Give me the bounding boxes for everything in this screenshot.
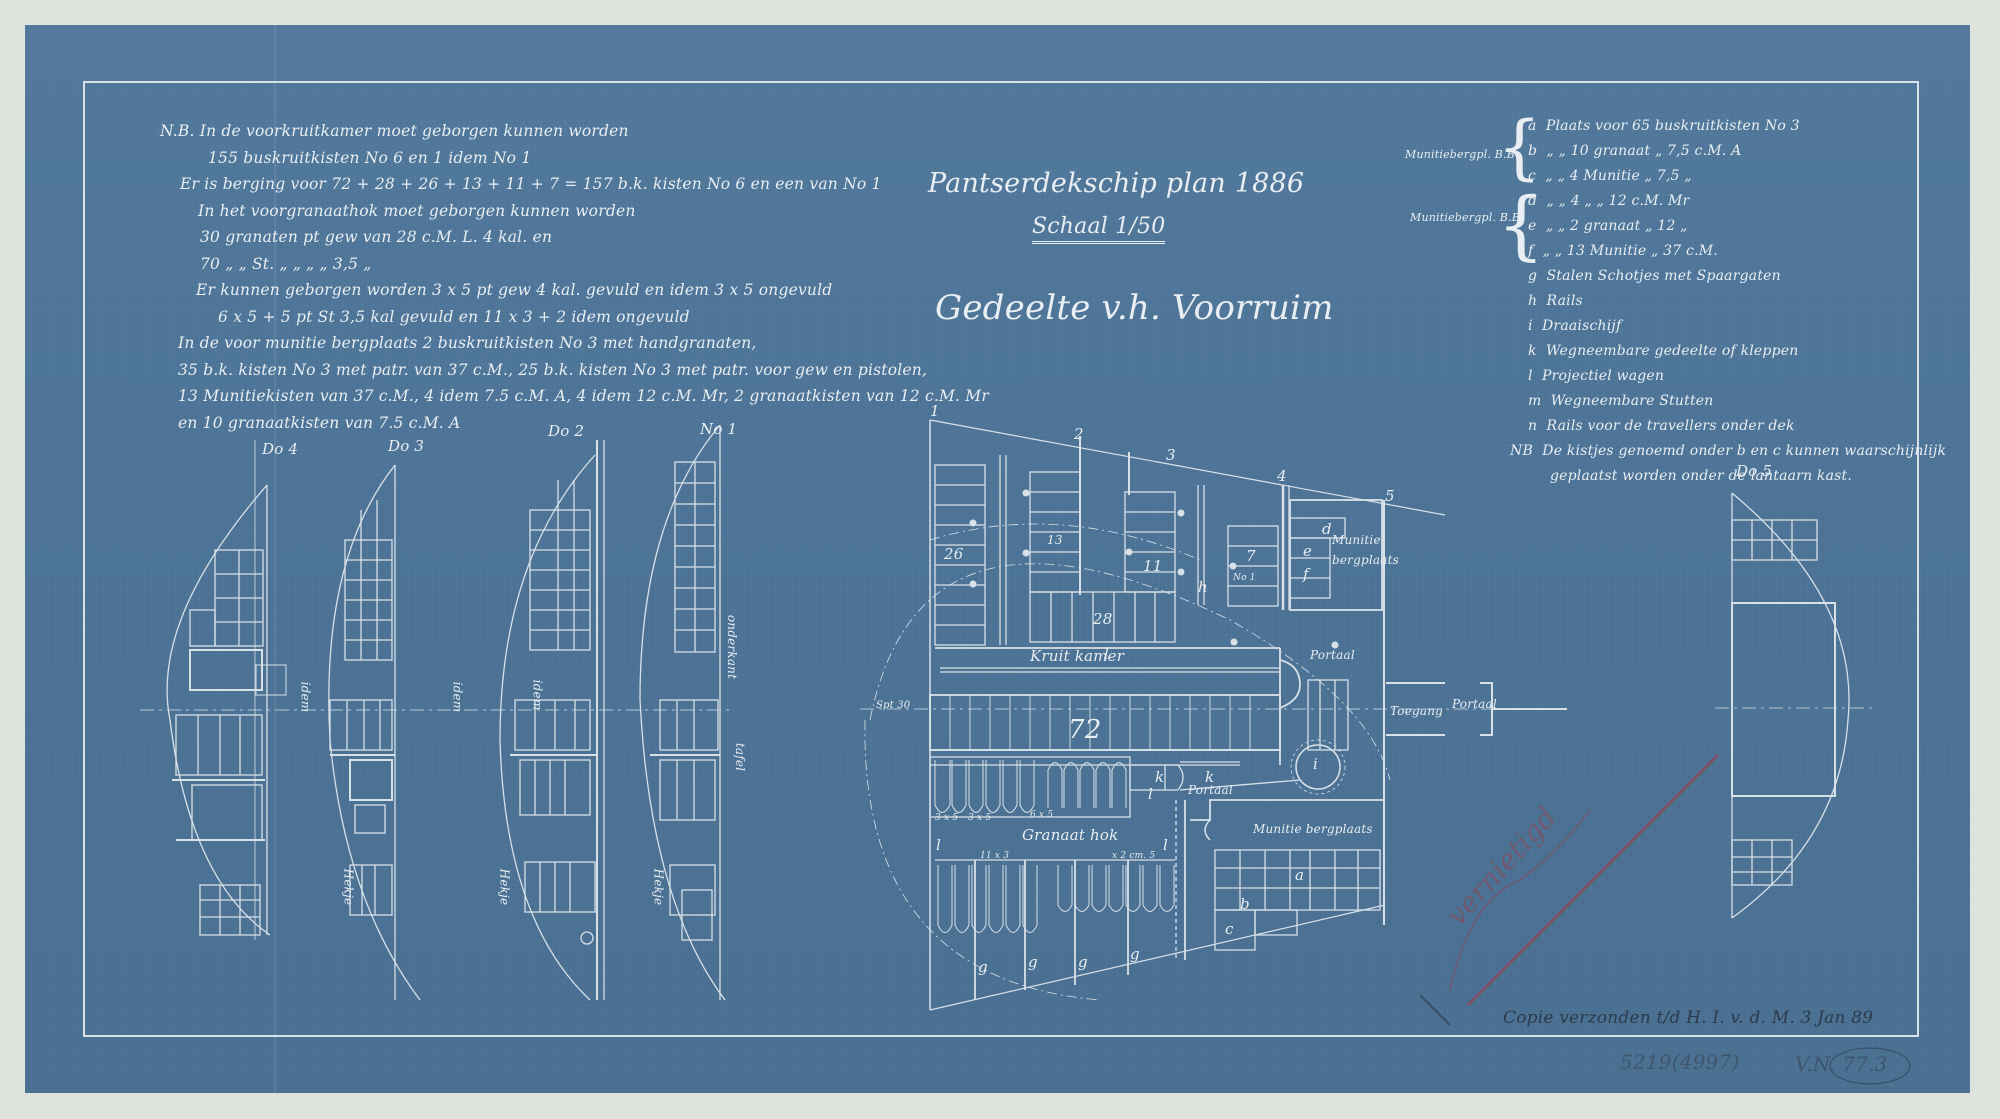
note-line: 6 x 5 + 5 pt St 3,5 kal gevuld en 11 x 3… [160, 304, 989, 331]
note-line: 155 buskruitkisten No 6 en 1 idem No 1 [160, 145, 989, 172]
section-label-do2: Do 2 [548, 422, 584, 440]
legend-item: k Wegneembare gedeelte of kleppen [1528, 339, 1946, 364]
section-note-onderkant: onderkant [725, 615, 739, 679]
archive-reference: V.N. 77.3 [1795, 1052, 1888, 1076]
munitie-bergplaats-top-label: Munitie bergplaats [1332, 530, 1378, 570]
key-label: l [1104, 645, 1109, 663]
section-do3 [329, 465, 420, 1000]
toegang-label: Toegang [1390, 704, 1443, 718]
key-label: g [1078, 953, 1088, 971]
granaathok-label: Granaat hok [1022, 826, 1118, 844]
section-note-hekje: Hekje [497, 869, 511, 906]
legend-item: a Plaats voor 65 buskruitkisten No 3 [1528, 114, 1946, 139]
stack-72-label: 72 [1068, 715, 1101, 745]
section-note-hekje: Hekje [651, 869, 665, 906]
key-label: d [1322, 520, 1332, 538]
section-note-idem: idem [450, 682, 464, 713]
note-line: Er kunnen geborgen worden 3 x 5 pt gew 4… [160, 277, 989, 304]
note-line: 70 „ „ St. „ „ „ „ 3,5 „ [160, 251, 989, 278]
key-label: g [1130, 945, 1140, 963]
note-line: 30 granaten pt gew van 28 c.M. L. 4 kal.… [160, 224, 989, 251]
key-label: l [936, 836, 941, 854]
stack-13-label: 13 [1047, 533, 1063, 547]
dim-label: 11 x 3 [980, 851, 1009, 861]
dim-label: x 2 cm. 5 [1112, 851, 1155, 861]
kruitkamer-label: Kruit kamer [1030, 647, 1124, 665]
stack-7-label: 7 [1246, 547, 1256, 565]
frame-5-label: 5 [1385, 487, 1395, 505]
munitie-bergplaats-bottom-label: Munitie bergplaats [1253, 822, 1373, 836]
section-label-do5: Do 5 [1736, 462, 1772, 480]
section-note-idem: idem [530, 680, 544, 711]
note-line: 35 b.k. kisten No 3 met patr. van 37 c.M… [160, 357, 989, 384]
key-label: g [1028, 953, 1038, 971]
section-do5 [1715, 493, 1875, 918]
legend-item: l Projectiel wagen [1528, 364, 1946, 389]
key-label: a [1295, 866, 1304, 884]
key-label: c [1225, 920, 1234, 938]
key-label: b [1240, 895, 1250, 913]
spant-label: Spt 30 [876, 700, 910, 711]
copy-sent-note: Copie verzonden t/d H. I. v. d. M. 3 Jan… [1503, 1008, 1873, 1028]
stack-11-label: 11 [1143, 557, 1163, 575]
frame-4-label: 4 [1277, 467, 1287, 485]
dim-label: 3 x 5 [968, 813, 991, 823]
section-do4 [167, 440, 286, 940]
key-label: i [1313, 755, 1318, 773]
section-note-idem: idem [298, 682, 312, 713]
note-line: N.B. In de voorkruitkamer moet geborgen … [160, 118, 989, 145]
dim-label: 6 x 5 [1030, 810, 1053, 820]
legend-item: e „ „ 2 granaat „ 12 „ [1528, 214, 1946, 239]
portaal-top-label: Portaal [1310, 648, 1355, 662]
portaal-right-label: Portaal [1452, 697, 1497, 711]
legend-item: n Rails voor de travellers onder dek [1528, 414, 1946, 439]
key-label: e [1303, 542, 1312, 560]
legend-item: c „ „ 4 Munitie „ 7,5 „ [1528, 164, 1946, 189]
section-label-do3: Do 3 [388, 437, 424, 455]
legend-item: d „ „ 4 „ „ 12 c.M. Mr [1528, 189, 1946, 214]
key-label: k [1155, 768, 1164, 786]
section-note-hekje: Hekje [341, 869, 355, 906]
dim-label: 3 x 5 [935, 813, 958, 823]
legend-item: h Rails [1528, 289, 1946, 314]
frame-2-label: 2 [1074, 425, 1084, 443]
legend-item: m Wegneembare Stutten [1528, 389, 1946, 414]
key-label: l [1163, 836, 1168, 854]
section-label-no1: No 1 [700, 420, 737, 438]
legend-item: g Stalen Schotjes met Spaargaten [1528, 264, 1946, 289]
key-label: k [1205, 768, 1214, 786]
archive-number: 5219(4997) [1620, 1050, 1739, 1074]
stack-26-label: 26 [944, 545, 964, 563]
notes-block: N.B. In de voorkruitkamer moet geborgen … [160, 118, 989, 436]
stack-28-label: 28 [1093, 610, 1113, 628]
note-line: In het voorgranaathok moet geborgen kunn… [160, 198, 989, 225]
drawing-subtitle: Gedeelte v.h. Voorruim [935, 288, 1334, 328]
key-label: l [1148, 785, 1153, 803]
section-no1 [640, 425, 725, 1000]
legend-block: a Plaats voor 65 buskruitkisten No 3 b „… [1528, 114, 1946, 489]
section-do2 [500, 440, 604, 1000]
scale-label: Schaal 1/50 [1032, 214, 1165, 244]
key-label: h [1198, 578, 1208, 596]
frame-1-label: 1 [930, 402, 940, 420]
frame-3-label: 3 [1166, 446, 1176, 464]
key-label: g [978, 958, 988, 976]
legend-item: b „ „ 10 granaat „ 7,5 c.M. A [1528, 139, 1946, 164]
key-label: f [1303, 565, 1309, 583]
box-no1-label: No 1 [1233, 573, 1256, 583]
section-label-do4: Do 4 [262, 440, 298, 458]
note-line: In de voor munitie bergplaats 2 buskruit… [160, 330, 989, 357]
note-line: Er is berging voor 72 + 28 + 26 + 13 + 1… [160, 171, 989, 198]
section-note-tafel: tafel [733, 743, 747, 771]
legend-item: f „ „ 13 Munitie „ 37 c.M. [1528, 239, 1946, 264]
legend-item: i Draaischijf [1528, 314, 1946, 339]
legend-item: NB De kistjes genoemd onder b en c kunne… [1510, 439, 1946, 464]
note-line: 13 Munitiekisten van 37 c.M., 4 idem 7.5… [160, 383, 989, 410]
